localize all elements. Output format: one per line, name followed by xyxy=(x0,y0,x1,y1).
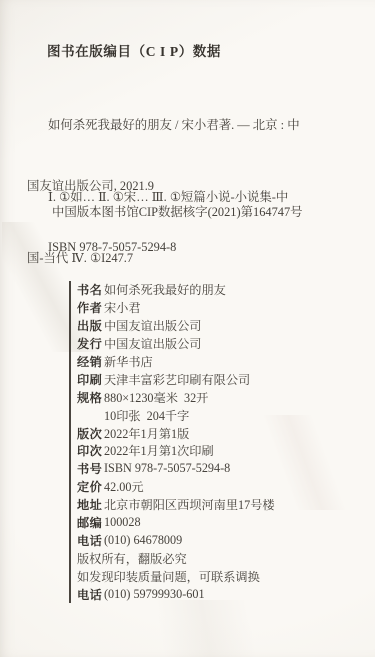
colophon-row: 出版 中国友谊出版公司 xyxy=(77,317,275,335)
colophon-value: 天津丰富彩艺印刷有限公司 xyxy=(104,371,250,388)
colophon-value: 如何杀死我最好的朋友 xyxy=(104,281,226,298)
colophon-label: 经销 xyxy=(77,353,104,370)
colophon-label: 出版 xyxy=(77,317,104,334)
colophon-value: 2022年1月第1版 xyxy=(104,425,189,442)
cip-classification-line: 国-当代 Ⅳ. ①I247.7 xyxy=(27,248,362,268)
colophon-row-notice: 如发现印装质量问题，可联系调换 xyxy=(77,567,275,585)
colophon-row: 书号 ISBN 978-7-5057-5294-8 xyxy=(77,460,275,478)
colophon-value: 新华书店 xyxy=(104,353,153,370)
colophon-value: 宋小君 xyxy=(104,299,141,316)
colophon-label: 电话 xyxy=(77,532,104,549)
colophon-label: 作者 xyxy=(77,299,104,316)
colophon-row: 版次 2022年1月第1版 xyxy=(77,424,275,442)
colophon-value: 100028 xyxy=(104,515,141,530)
colophon-label: 书名 xyxy=(77,281,104,298)
colophon-row: 经销 新华书店 xyxy=(77,353,275,371)
colophon-label: 地址 xyxy=(77,496,104,513)
book-copyright-page: 图书在版编目（C I P）数据 如何杀死我最好的朋友 / 宋小君著. — 北京 … xyxy=(0,0,375,657)
colophon-row: 规格 880×1230毫米 32开 xyxy=(77,388,275,406)
colophon-value: 2022年1月第1次印刷 xyxy=(104,442,214,459)
colophon-value: ISBN 978-7-5057-5294-8 xyxy=(104,461,230,476)
colophon-value: 880×1230毫米 32开 xyxy=(104,389,208,406)
colophon-label: 定价 xyxy=(77,478,104,495)
colophon-label: 发行 xyxy=(77,335,104,352)
colophon-row: 定价 42.00元 xyxy=(77,478,275,496)
colophon-row: 印刷 天津丰富彩艺印刷有限公司 xyxy=(77,370,275,388)
colophon-row-notice: 版权所有，翻版必究 xyxy=(77,549,275,567)
colophon-label: 规格 xyxy=(77,389,104,406)
colophon-value: 10印张 204千字 xyxy=(104,407,189,424)
cip-description-line: 如何杀死我最好的朋友 / 宋小君著. — 北京 : 中 xyxy=(27,115,362,135)
colophon-value: 中国友谊出版公司 xyxy=(104,317,202,334)
colophon-row: 电话 (010) 64678009 xyxy=(77,531,275,549)
colophon-row: 10印张 204千字 xyxy=(77,406,275,424)
colophon-row: 书名 如何杀死我最好的朋友 xyxy=(77,281,275,299)
colophon-row: 发行 中国友谊出版公司 xyxy=(77,335,275,353)
colophon-label: 电话 xyxy=(77,586,104,603)
colophon-row: 地址 北京市朝阳区西坝河南里17号楼 xyxy=(77,496,275,514)
colophon-value: 42.00元 xyxy=(104,478,144,495)
colophon-value: 中国友谊出版公司 xyxy=(104,335,202,352)
colophon-label: 印刷 xyxy=(77,371,104,388)
quality-notice: 如发现印装质量问题，可联系调换 xyxy=(77,568,260,585)
copyright-notice: 版权所有，翻版必究 xyxy=(77,550,187,567)
colophon-row: 邮编 100028 xyxy=(77,514,275,532)
colophon-table: 书名 如何杀死我最好的朋友 作者 宋小君 出版 中国友谊出版公司 发行 中国友谊… xyxy=(69,281,275,603)
colophon-label: 邮编 xyxy=(77,514,104,531)
cip-record-number: 中国版本图书馆CIP数据核字(2021)第164747号 xyxy=(52,202,303,220)
colophon-value: (010) 59799930-601 xyxy=(104,587,205,602)
colophon-label: 印次 xyxy=(77,442,104,459)
colophon-label: 书号 xyxy=(77,460,104,477)
cip-title: 图书在版编目（C I P）数据 xyxy=(47,40,221,60)
colophon-value: (010) 64678009 xyxy=(104,533,182,548)
colophon-row: 印次 2022年1月第1次印刷 xyxy=(77,442,275,460)
colophon-row: 电话 (010) 59799930-601 xyxy=(77,585,275,603)
colophon-label: 版次 xyxy=(77,425,104,442)
colophon-value: 北京市朝阳区西坝河南里17号楼 xyxy=(104,496,275,513)
scan-artifact xyxy=(40,600,340,657)
colophon-row: 作者 宋小君 xyxy=(77,299,275,317)
